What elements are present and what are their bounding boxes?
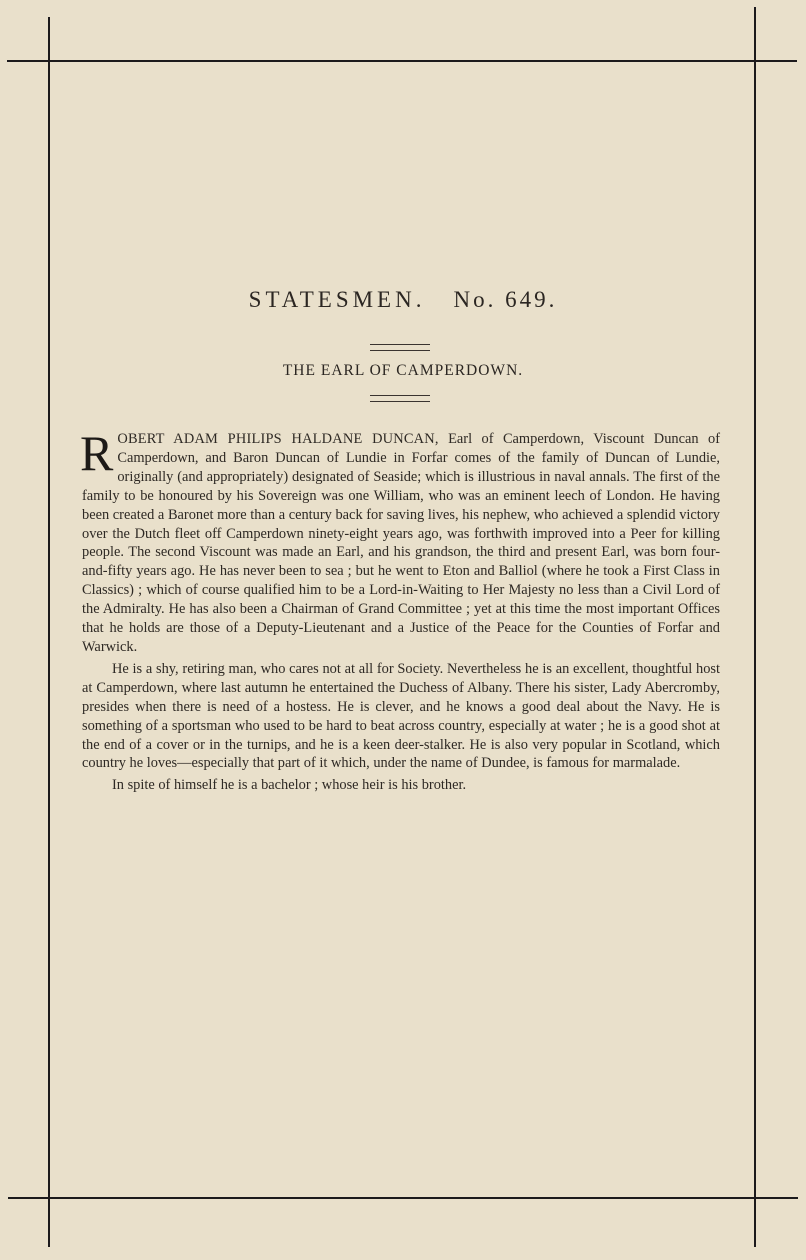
paragraph-1: ROBERT ADAM PHILIPS HALDANE DUNCAN, Earl… <box>82 430 720 657</box>
series-name: STATESMEN. <box>249 287 426 312</box>
top-border-rule <box>7 60 797 62</box>
bottom-border-rule <box>8 1197 798 1199</box>
article-body: ROBERT ADAM PHILIPS HALDANE DUNCAN, Earl… <box>82 430 720 798</box>
left-border-rule <box>48 17 50 1247</box>
double-rule-top <box>370 344 430 351</box>
page-title: STATESMEN.No. 649. <box>0 287 806 313</box>
issue-number: No. 649. <box>453 287 557 312</box>
right-border-rule <box>754 7 756 1247</box>
paragraph-1-text: Earl of Camperdown, Viscount Duncan of C… <box>82 431 720 655</box>
lead-caps: OBERT ADAM PHILIPS HALDANE DUNCAN, <box>117 431 438 447</box>
paragraph-3: In spite of himself he is a bachelor ; w… <box>82 776 720 795</box>
drop-cap: R <box>80 434 113 472</box>
article-title: THE EARL OF CAMPERDOWN. <box>0 362 806 380</box>
paragraph-2: He is a shy, retiring man, who cares not… <box>82 660 720 773</box>
double-rule-bottom <box>370 395 430 402</box>
